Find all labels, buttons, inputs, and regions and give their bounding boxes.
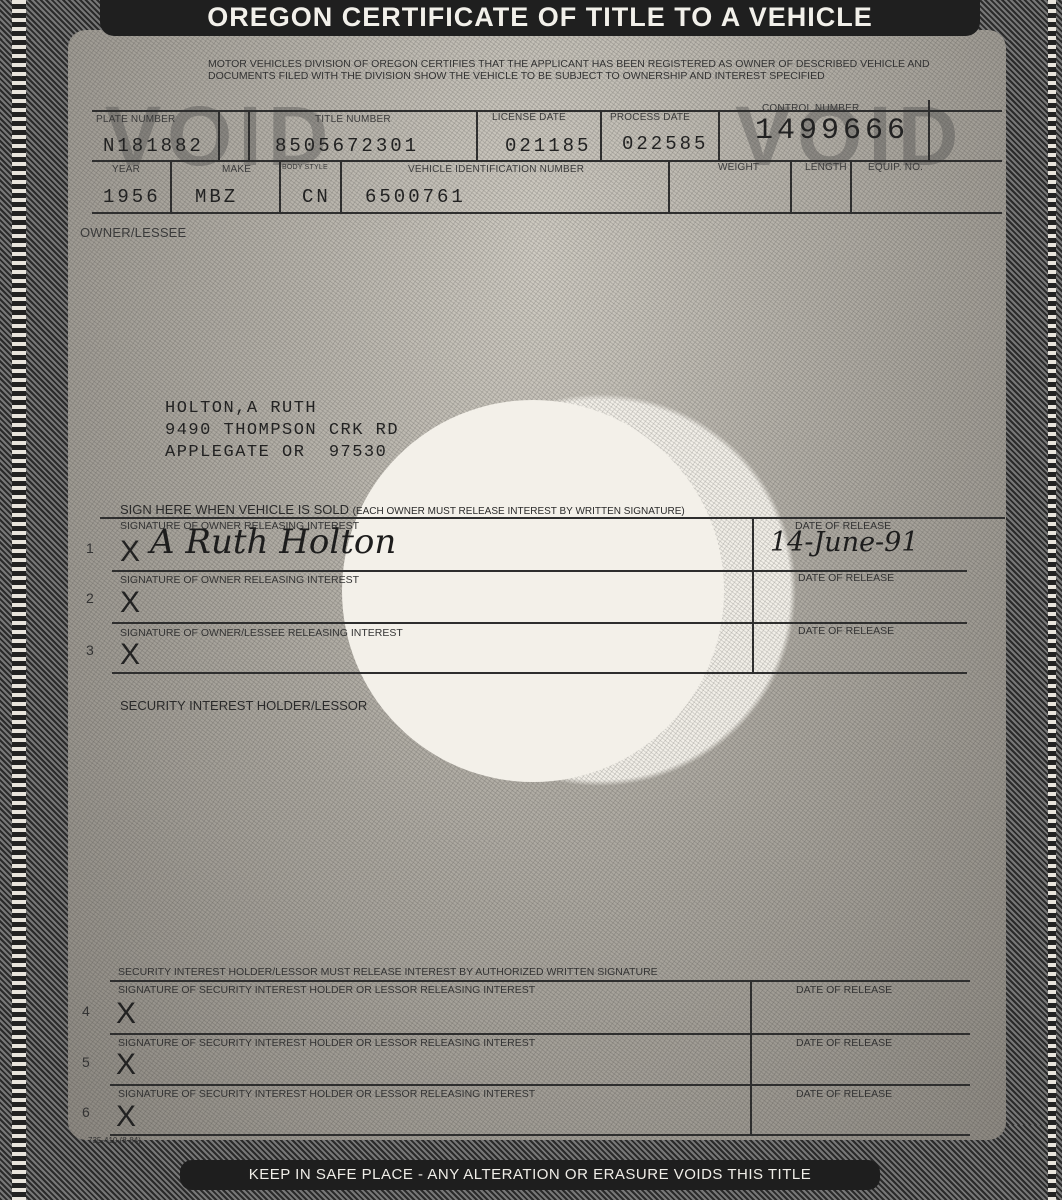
date-of-release-label: DATE OF RELEASE bbox=[798, 625, 894, 637]
title-number-label: TITLE NUMBER bbox=[315, 114, 391, 125]
signature-field-1[interactable]: X bbox=[120, 535, 140, 569]
year-label: YEAR bbox=[112, 164, 140, 175]
ornate-border-left bbox=[0, 0, 70, 1200]
owner-address-block: HOLTON,A RUTH9490 THOMPSON CRK RDAPPLEGA… bbox=[165, 398, 399, 464]
control-number-label: CONTROL NUMBER bbox=[762, 103, 859, 114]
body-style-value: CN bbox=[302, 186, 331, 208]
owner-lessee-label: OWNER/LESSEE bbox=[80, 225, 186, 240]
date-of-release-label: DATE OF RELEASE bbox=[796, 1037, 892, 1049]
vin-value: 6500761 bbox=[365, 186, 466, 208]
row-number: 2 bbox=[86, 590, 94, 606]
title-certificate: OREGON CERTIFICATE OF TITLE TO A VEHICLE… bbox=[0, 0, 1062, 1200]
signature-field-3[interactable]: X bbox=[120, 638, 140, 672]
date-of-release-value[interactable]: 14-June-91 bbox=[770, 527, 919, 558]
certification-statement: MOTOR VEHICLES DIVISION OF OREGON CERTIF… bbox=[208, 58, 968, 82]
footer-warning: KEEP IN SAFE PLACE - ANY ALTERATION OR E… bbox=[180, 1160, 880, 1190]
signature-label: SIGNATURE OF SECURITY INTEREST HOLDER OR… bbox=[118, 984, 535, 996]
title-number-value: 8505672301 bbox=[275, 135, 419, 157]
body-style-label: BODY STYLE bbox=[282, 164, 328, 171]
owner-street: 9490 THOMPSON CRK RD bbox=[165, 420, 399, 442]
row-number: 6 bbox=[82, 1104, 90, 1120]
signature-label: SIGNATURE OF OWNER/LESSEE RELEASING INTE… bbox=[120, 627, 403, 639]
signature-field-6[interactable]: X bbox=[116, 1100, 136, 1134]
date-of-release-label: DATE OF RELEASE bbox=[796, 1088, 892, 1100]
plate-number-label: PLATE NUMBER bbox=[96, 114, 175, 125]
security-holder-label: SECURITY INTEREST HOLDER/LESSOR bbox=[120, 698, 367, 713]
make-label: MAKE bbox=[222, 164, 251, 175]
owner-name: HOLTON,A RUTH bbox=[165, 398, 399, 420]
signature-label: SIGNATURE OF SECURITY INTEREST HOLDER OR… bbox=[118, 1088, 535, 1100]
border-dot-strip-right bbox=[1048, 0, 1056, 1200]
document-title: OREGON CERTIFICATE OF TITLE TO A VEHICLE bbox=[100, 0, 980, 36]
row-number: 4 bbox=[82, 1003, 90, 1019]
signature-field-2[interactable]: X bbox=[120, 586, 140, 620]
owner-city-state-zip: APPLEGATE OR 97530 bbox=[165, 442, 399, 464]
border-dot-strip-left bbox=[12, 0, 26, 1200]
sign-here-heading: SIGN HERE WHEN VEHICLE IS SOLD (EACH OWN… bbox=[120, 502, 685, 517]
vin-label: VEHICLE IDENTIFICATION NUMBER bbox=[408, 164, 584, 175]
date-of-release-label: DATE OF RELEASE bbox=[796, 984, 892, 996]
form-number: 735-410 (8-84) bbox=[88, 1136, 141, 1145]
security-release-heading: SECURITY INTEREST HOLDER/LESSOR MUST REL… bbox=[118, 966, 658, 978]
plate-number-value: N181882 bbox=[103, 135, 204, 157]
license-date-label: LICENSE DATE bbox=[492, 112, 566, 123]
equip-no-label: EQUIP. NO. bbox=[868, 162, 923, 173]
row-number: 1 bbox=[86, 540, 94, 556]
license-date-value: 021185 bbox=[505, 135, 591, 157]
sign-here-subheading: (EACH OWNER MUST RELEASE INTEREST BY WRI… bbox=[353, 506, 685, 517]
row-number: 3 bbox=[86, 642, 94, 658]
weight-label: WEIGHT bbox=[718, 162, 759, 173]
faded-circle-area bbox=[342, 400, 724, 782]
date-of-release-label: DATE OF RELEASE bbox=[798, 572, 894, 584]
signature-label: SIGNATURE OF SECURITY INTEREST HOLDER OR… bbox=[118, 1037, 535, 1049]
process-date-label: PROCESS DATE bbox=[610, 112, 690, 123]
process-date-value: 022585 bbox=[622, 133, 708, 155]
length-label: LENGTH bbox=[805, 162, 847, 173]
signature-field-4[interactable]: X bbox=[116, 997, 136, 1031]
row-number: 5 bbox=[82, 1054, 90, 1070]
signature-label: SIGNATURE OF OWNER RELEASING INTEREST bbox=[120, 574, 359, 586]
signature-field-5[interactable]: X bbox=[116, 1048, 136, 1082]
year-value: 1956 bbox=[103, 186, 161, 208]
make-value: MBZ bbox=[195, 186, 238, 208]
control-number-value: 1499666 bbox=[755, 114, 909, 148]
owner-signature: A Ruth Holton bbox=[150, 522, 396, 562]
